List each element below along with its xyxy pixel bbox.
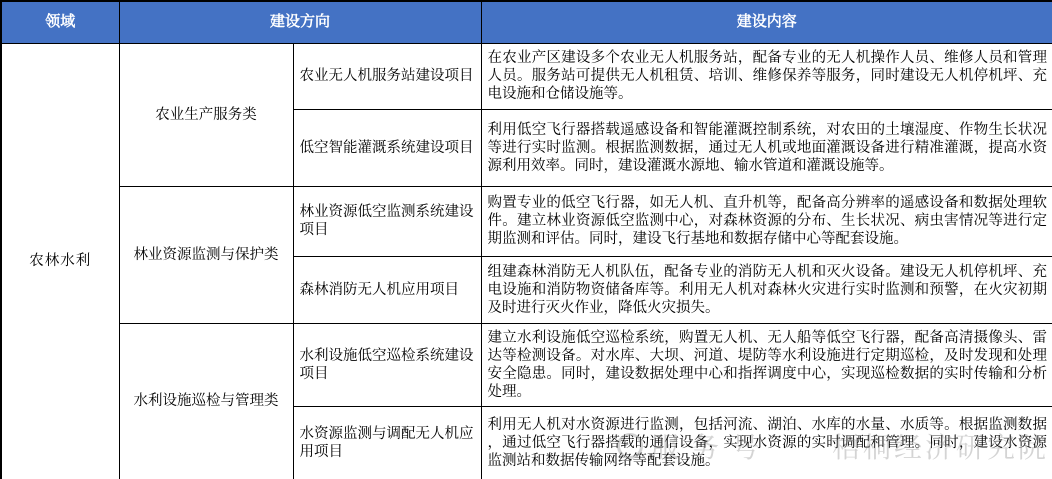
project-content-cell: 建立水利设施低空巡检系统，购置无人机、无人船等低空飞行器，配备高清摄像头、雷达等… (481, 323, 1052, 406)
project-name-cell: 水利设施低空巡检系统建设项目 (293, 323, 481, 406)
project-content-cell: 在农业产区建设多个农业无人机服务站，配备专业的无人机操作人员、维修人员和管理人员… (481, 43, 1052, 109)
category-cell-water: 水利设施巡检与管理类 (119, 323, 293, 479)
project-name-cell: 农业无人机服务站建设项目 (293, 43, 481, 109)
project-content-cell: 利用无人机对水资源进行监测，包括河流、湖泊、水库的水量、水质等。根据监测数据，通… (481, 406, 1052, 479)
project-content-cell: 组建森林消防无人机队伍，配备专业的消防无人机和灭火设备。建设无人机停机坪、充电设… (481, 256, 1052, 323)
header-cell-direction: 建设方向 (119, 1, 481, 43)
table-row: 农林水利 农业生产服务类 农业无人机服务站建设项目 在农业产区建设多个农业无人机… (1, 43, 1052, 109)
construction-projects-table: 领域 建设方向 建设内容 农林水利 农业生产服务类 农业无人机服务站建设项目 在… (0, 0, 1052, 479)
category-cell-forestry: 林业资源监测与保护类 (119, 186, 293, 323)
project-content-cell: 利用低空飞行器搭载遥感设备和智能灌溉控制系统，对农田的土壤湿度、作物生长状况等进… (481, 109, 1052, 186)
category-cell-agriculture: 农业生产服务类 (119, 43, 293, 186)
header-cell-domain: 领域 (1, 1, 119, 43)
project-name-cell: 森林消防无人机应用项目 (293, 256, 481, 323)
project-name-cell: 林业资源低空监测系统建设项目 (293, 186, 481, 256)
project-name-cell: 低空智能灌溉系统建设项目 (293, 109, 481, 186)
project-content-cell: 购置专业的低空飞行器，如无人机、直升机等，配备高分辨率的遥感设备和数据处理软件。… (481, 186, 1052, 256)
report-table-page: 领域 建设方向 建设内容 农林水利 农业生产服务类 农业无人机服务站建设项目 在… (0, 0, 1052, 479)
domain-cell: 农林水利 (1, 43, 119, 479)
table-header-row: 领域 建设方向 建设内容 (1, 1, 1052, 43)
project-name-cell: 水资源监测与调配无人机应用项目 (293, 406, 481, 479)
table-row: 水利设施巡检与管理类 水利设施低空巡检系统建设项目 建立水利设施低空巡检系统，购… (1, 323, 1052, 406)
table-row: 林业资源监测与保护类 林业资源低空监测系统建设项目 购置专业的低空飞行器，如无人… (1, 186, 1052, 256)
header-cell-content: 建设内容 (481, 1, 1052, 43)
